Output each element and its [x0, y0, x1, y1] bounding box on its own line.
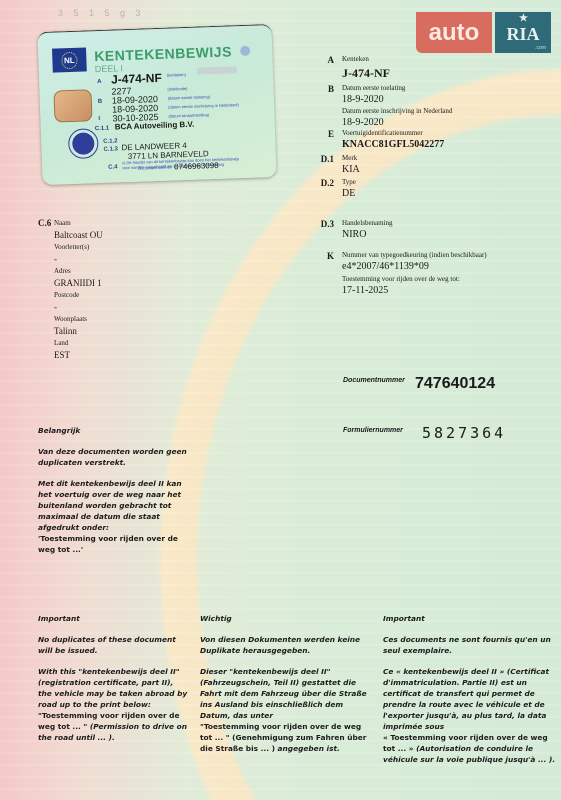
card-code: C.1.2 — [103, 138, 118, 144]
field-label: Handelsbenaming — [342, 219, 393, 227]
card-label: (meldcode) — [167, 86, 187, 92]
holder-value: - — [54, 254, 57, 264]
document-number-label: Documentnummer — [343, 377, 405, 384]
holder-label: Adres — [54, 267, 71, 275]
card-plate: J-474-NF — [111, 71, 162, 87]
note-heading: Important — [383, 613, 558, 624]
note-english: Important No duplicates of these documen… — [38, 613, 188, 753]
note-french: Important Ces documents ne sont fournis … — [383, 613, 558, 775]
field-value: KIA — [342, 164, 360, 175]
logo-ria-text: RIA — [506, 24, 539, 45]
note-dutch: Belangrijk Van deze documenten worden ge… — [38, 425, 188, 565]
card-code: I — [98, 116, 100, 122]
card-docnr-label: Documentnummer — [138, 165, 171, 171]
card-label: (datum eerste toelating) — [168, 94, 210, 100]
field-code: E — [308, 129, 334, 139]
note-heading: Belangrijk — [38, 425, 188, 436]
chip-icon — [53, 89, 92, 122]
note-paragraph: Ce « kentekenbewijs deel II » (Certifica… — [383, 666, 558, 732]
note-tail: angegeben ist. — [275, 744, 340, 753]
autoria-logo: auto ★ RIA .com — [416, 12, 551, 53]
field-label: Voertuigidentificatienummer — [342, 129, 423, 137]
card-code: A — [97, 79, 102, 85]
field-code: K — [308, 251, 334, 261]
field-label: Merk — [342, 154, 357, 162]
star-icon: ★ — [519, 13, 528, 24]
field-label: Nummer van typegoedkeuring (indien besch… — [342, 251, 487, 259]
field-code: D.1 — [308, 154, 334, 164]
note-paragraph: Met dit kentekenbewijs deel II kan het v… — [38, 478, 188, 533]
holder-label: Voorletter(s) — [54, 243, 89, 251]
form-number-label: Formuliernummer — [343, 427, 403, 434]
note-quote: 'Toestemming voor rijden over de weg tot… — [38, 533, 188, 555]
field-code: D.2 — [308, 178, 334, 188]
logo-ria: ★ RIA .com — [495, 12, 551, 53]
card-code: C.1.3 — [103, 146, 118, 152]
note-heading: Important — [38, 613, 188, 624]
field-value: KNACC81GFL5042277 — [342, 139, 444, 150]
card-label: (datum eerste inschrijving in Nederland) — [168, 102, 239, 109]
note-paragraph: Ces documents ne sont fournis qu'en un s… — [383, 634, 558, 656]
note-paragraph: Von diesen Dokumenten werden keine Dupli… — [200, 634, 370, 656]
note-german: Wichtig Von diesen Dokumenten werden kei… — [200, 613, 370, 764]
note-paragraph: Van deze documenten worden geen duplicat… — [38, 446, 188, 468]
field-label: Datum eerste toelating — [342, 84, 405, 92]
field-label: Datum eerste inschrijving in Nederland — [342, 107, 452, 115]
holder-label: Land — [54, 339, 68, 347]
card-label: (kenteken) — [167, 72, 186, 78]
card-docnr: 0746963098 — [174, 161, 219, 172]
card-label: (datum tenaamstelling) — [168, 112, 209, 118]
field-value: NIRO — [342, 229, 366, 240]
document-number: 747640124 — [415, 375, 495, 393]
wheelchair-icon — [71, 131, 96, 156]
field-code: A — [308, 55, 334, 65]
note-paragraph: Dieser "kentekenbewijs deel II" (Fahrzeu… — [200, 666, 370, 721]
field-value: e4*2007/46*1139*09 — [342, 261, 429, 272]
redacted-plate — [197, 66, 237, 74]
note-paragraph: With this "kentekenbewijs deel II" (regi… — [38, 666, 188, 710]
field-value: 18-9-2020 — [342, 94, 384, 105]
field-label: Kenteken — [342, 55, 369, 63]
logo-suffix: .com — [535, 45, 546, 51]
field-code: B — [308, 84, 334, 94]
field-value: J-474-NF — [342, 66, 390, 81]
holder-label: Woonplaats — [54, 315, 87, 323]
nl-eu-flag-icon: NL — [52, 47, 87, 72]
hologram-dot-icon — [240, 46, 250, 56]
field-label: Type — [342, 178, 356, 186]
note-heading: Wichtig — [200, 613, 370, 624]
field-value: 18-9-2020 — [342, 117, 384, 128]
field-value: 17-11-2025 — [342, 285, 388, 296]
field-code: D.3 — [308, 219, 334, 229]
logo-auto: auto — [416, 12, 492, 53]
holder-value: EST — [54, 350, 70, 360]
holder-label: Naam — [54, 219, 71, 227]
holder-value: Talinn — [54, 326, 77, 336]
field-label: Toestemming voor rijden over de weg tot: — [342, 275, 460, 283]
card-code: B — [98, 99, 103, 105]
card-code: C.4 — [108, 164, 118, 170]
card-code: C.1.1 — [95, 126, 110, 132]
holder-value: Baltcoast OU — [54, 230, 103, 240]
card-owner: BCA Autoveiling B.V. — [115, 120, 195, 132]
faint-print: 3 5 1 5 g 3 — [58, 8, 145, 18]
form-number: 5827364 — [422, 424, 506, 442]
holder-label: Postcode — [54, 291, 79, 299]
card-title: KENTEKENBEWIJS — [94, 43, 232, 64]
holder-value: - — [54, 302, 57, 312]
holder-value: GRANIIDI 1 — [54, 278, 102, 288]
registration-card-deel-1: NL KENTEKENBEWIJS DEEL I A J-474-NF (ken… — [37, 24, 276, 185]
note-paragraph: No duplicates of these document will be … — [38, 634, 188, 656]
holder-code: C.6 — [38, 218, 51, 228]
field-value: DE — [342, 188, 355, 199]
